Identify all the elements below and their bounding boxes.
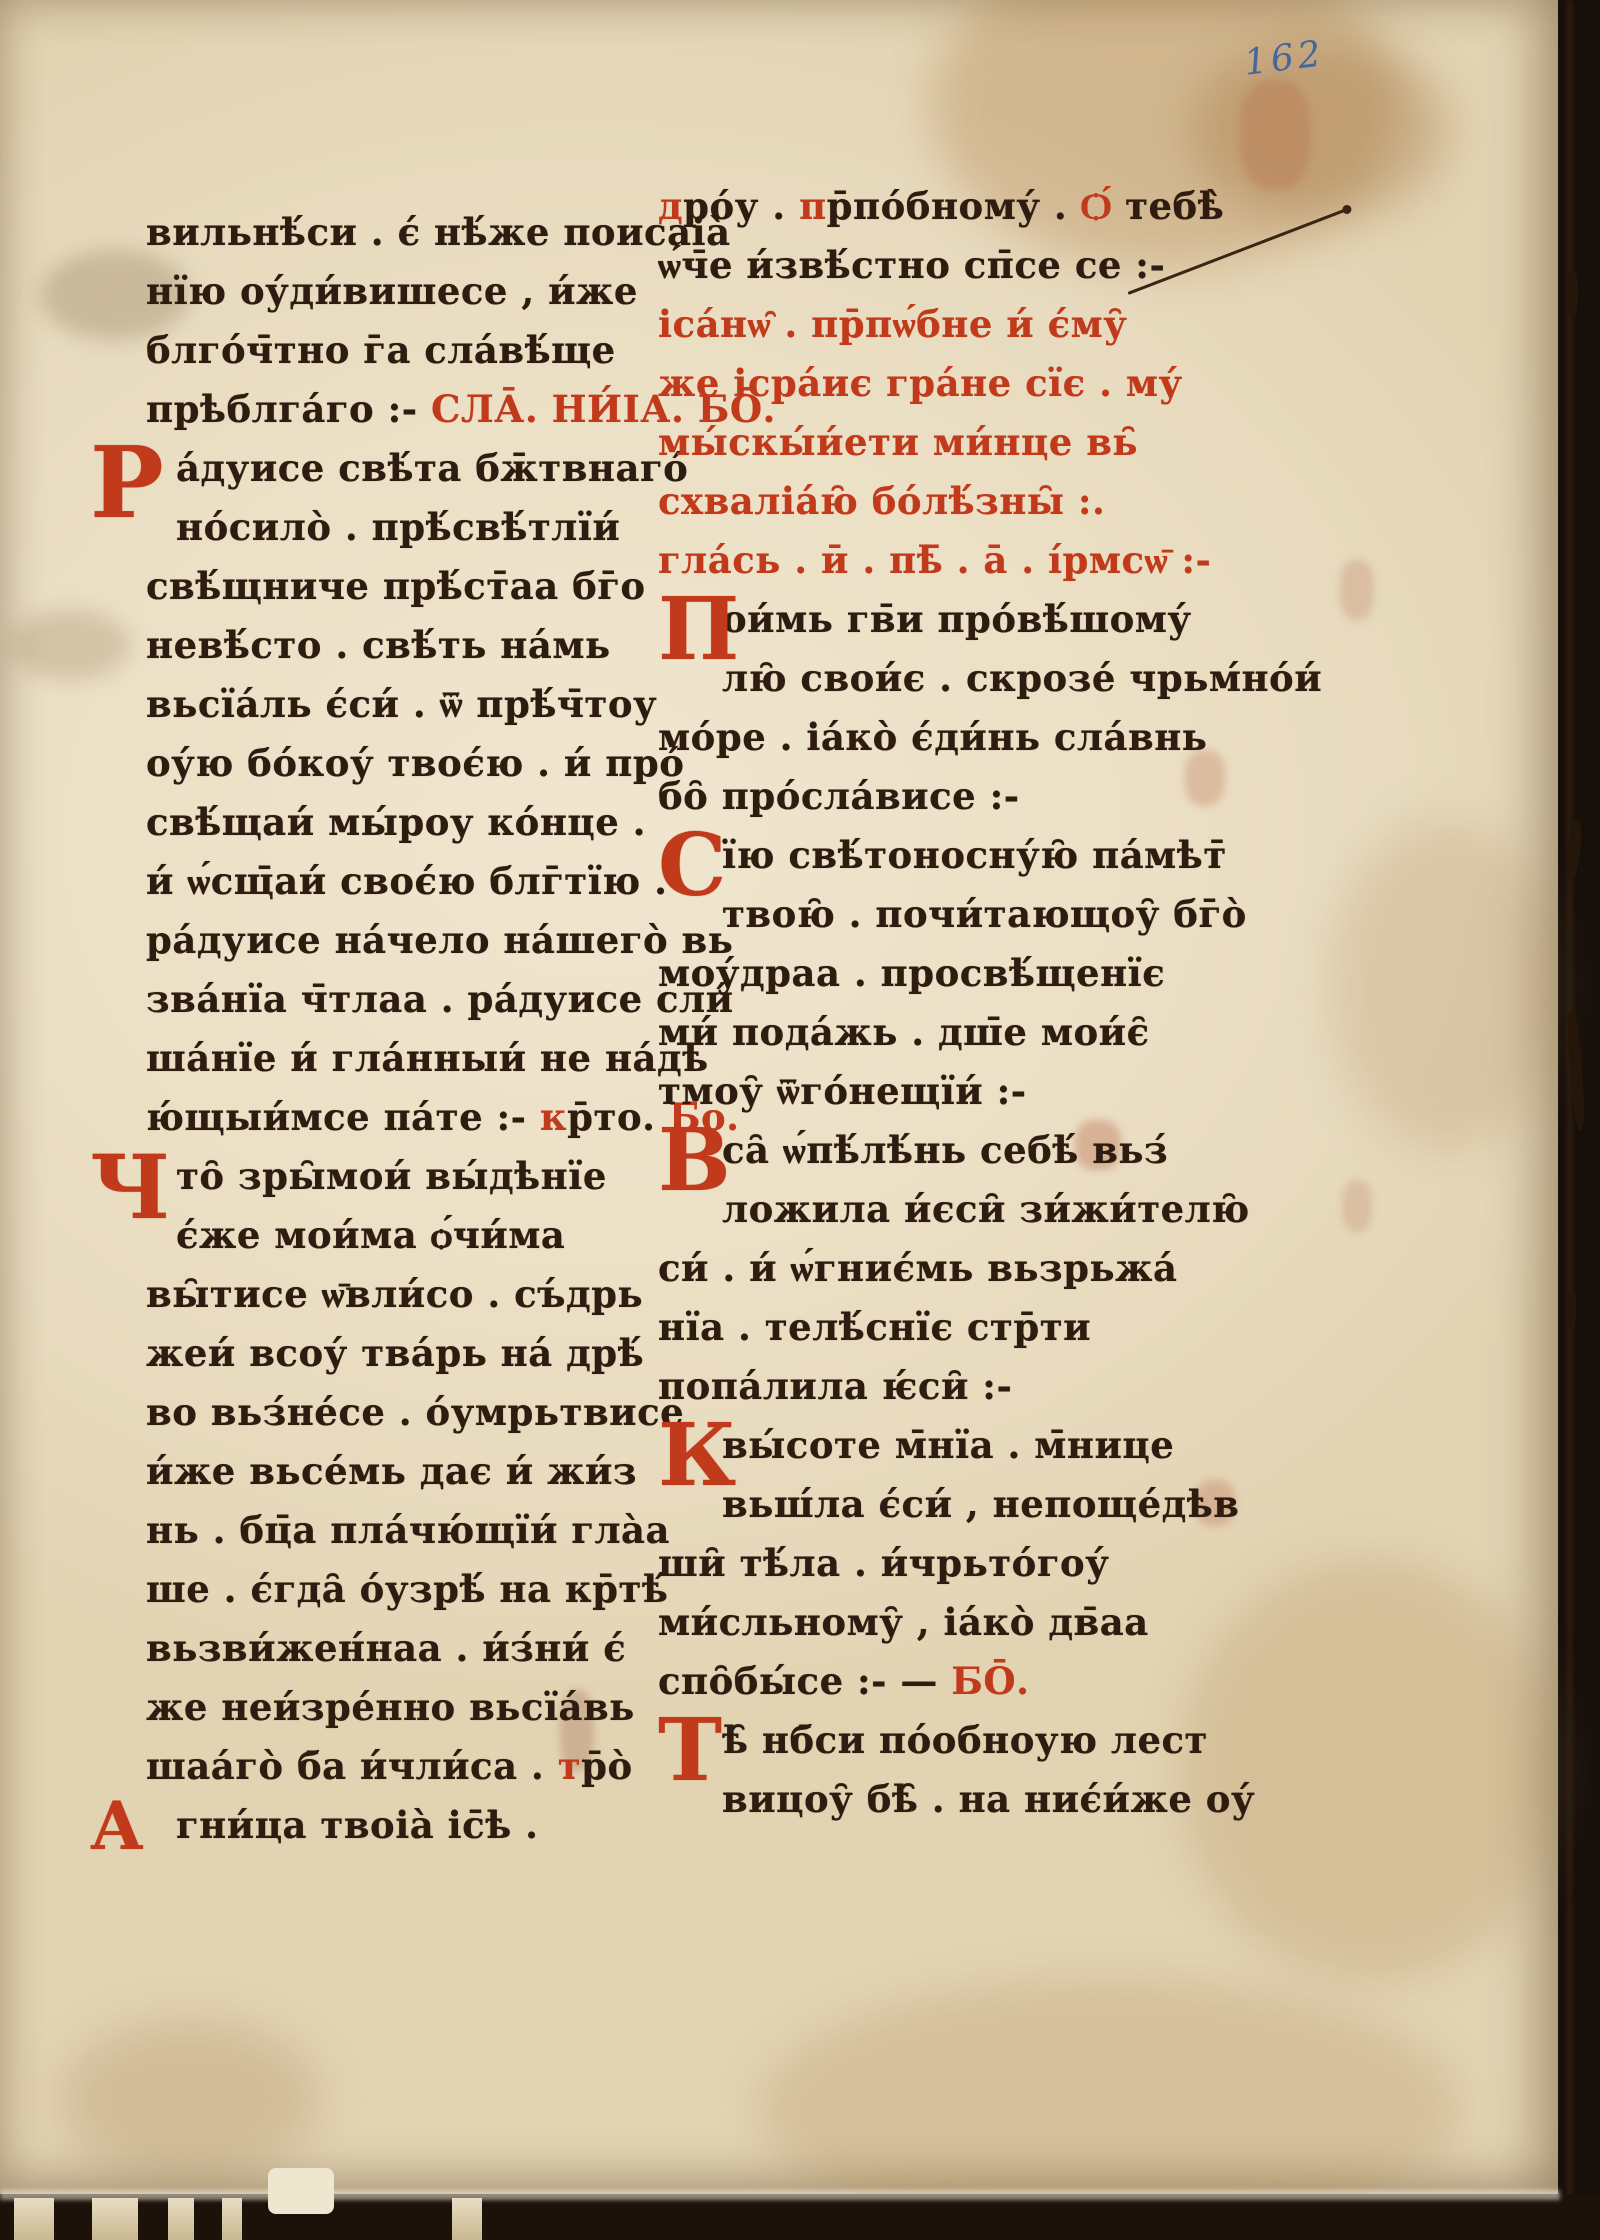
ink-text: ѣ̑ нб̄си по́обноую лест — [722, 1718, 1208, 1762]
ink-text: са̑ ѡ́пѣ́лѣ́нь себѣ́ вьз́ — [722, 1128, 1168, 1172]
ink-text: лю̑ свои́є . скрозе́ чрьм́но́и́ — [722, 656, 1322, 700]
text-line: вильнѣ́си . є́ нѣ́же поисаіа̀ — [146, 210, 731, 269]
ink-text: блго́ч̄тно г̄а сла́вѣ́ще — [146, 328, 616, 372]
text-line: си́ . и́ ѡ́гниє́мь вьзрьжа́ — [658, 1246, 1177, 1305]
ink-text: є́же мои́ма ѻ́чи́ма — [176, 1213, 565, 1257]
text-line: лю̑ свои́є . скрозе́ чрьм́но́и́ — [658, 656, 1322, 715]
ink-text: ми́ пода́жь . дш̄е мои́є̑ — [658, 1010, 1150, 1054]
leaf-edge — [268, 2168, 334, 2214]
binding-seam — [1567, 0, 1572, 2240]
stain — [60, 2020, 320, 2180]
folio-number: 162 — [1242, 33, 1327, 84]
text-line: ѡ́ч̄е и́звѣ́стно сп̄се се :- — [658, 243, 1165, 302]
stain — [1180, 1560, 1560, 1980]
rubric-text: д — [658, 184, 683, 228]
ink-text: зва́нїа ч̄тлаа . ра́дуисе сли́ — [146, 977, 734, 1021]
ink-text: твою̑ . почи́тающоу̑ бг̄о̀ — [722, 892, 1247, 936]
text-line: Сїю свѣ́тоносну́ю̑ па́мѣт̄ — [658, 833, 1227, 892]
text-line: моу́драа . просвѣ́щенїє — [658, 951, 1165, 1010]
leaf-edge — [168, 2198, 194, 2240]
ink-text: р̄о̀ — [581, 1744, 633, 1788]
text-line: свѣ́щаи́ мы́роу ко́нце . — [146, 800, 646, 859]
text-line: ра́дуисе на́чело на́шего̀ вь — [146, 918, 733, 977]
ink-text: ми́сльному̑ , іа́ко̀ дв̄аа — [658, 1600, 1149, 1644]
ink-text: бо̑ про́сла́висе :- — [658, 774, 1020, 818]
text-line: ми́сльному̑ , іа́ко̀ дв̄аа — [658, 1600, 1149, 1659]
ink-text: нїю оу́ди́вишесе , и́же — [146, 269, 638, 313]
text-line: є́же мои́ма ѻ́чи́ма — [146, 1213, 565, 1272]
text-line: Пои́мь гв̄и про́вѣ́шому́ — [658, 597, 1192, 656]
text-line: и́ ѡ́сщ̄аи́ своє́ю блг̄тїю . — [146, 859, 667, 918]
text-line: Агни́ца твоіа̀ іс̄ѣ . — [146, 1803, 538, 1862]
ink-text: тмоу̑ ѿго́нещїи́ :- — [658, 1069, 1027, 1113]
ink-text: ра́дуисе на́чело на́шего̀ вь — [146, 918, 733, 962]
ink-text: невѣ́сто . свѣ́ть на́мь — [146, 623, 611, 667]
ink-text: спо̑бы́се :- — — [658, 1659, 951, 1703]
ink-text: нїа . телѣ́снїє стр̄ти — [658, 1305, 1091, 1349]
ink-text: ложила и́єси̑ зи́жи́телю̑ — [722, 1187, 1250, 1231]
text-line: и́же вьсе́мь дає и́ жи́з — [146, 1449, 637, 1508]
text-line: ю́щыи́мсе па́те :- кр̄то. Б̄о. — [146, 1095, 740, 1154]
ink-showthrough — [1240, 80, 1310, 190]
text-line: ше . є́гда̑ о́узрѣ́ на кр̄тѣ́ — [146, 1567, 668, 1626]
text-line: Что̑ зры̑мои́ вы́дѣнїе — [146, 1154, 607, 1213]
text-line: твою̑ . почи́тающоу̑ бг̄о̀ — [658, 892, 1247, 951]
text-line: іса́нѡ̑ . пр̄пѡ́бне и́ є́му̑ — [658, 302, 1127, 361]
rubric-text: мы́скы́и́ети ми́нце вь̑ — [658, 420, 1138, 464]
leaf-edge — [92, 2198, 138, 2240]
ink-text: р̄по́бному́ . — [827, 184, 1081, 228]
ink-text: шаа́го̀ б̄а и́чли́са . — [146, 1744, 544, 1788]
text-line: вицоу̑ бѣ̑ . на ниє́и́же оу́ — [658, 1777, 1255, 1836]
ink-text: р̄то. — [567, 1095, 669, 1139]
text-line: свѣ́щниче прѣ́ст̄аа бг̄о — [146, 564, 646, 623]
ink-text: во вьз́не́се . о́умрьтвисе — [146, 1390, 684, 1434]
leaf-edge — [222, 2198, 242, 2240]
ink-text: тебѣ̀ — [1125, 184, 1224, 228]
ink-text: ша́нїе и́ гла́нныи́ не на́дѣ — [146, 1036, 709, 1080]
leaf-edge — [452, 2198, 482, 2240]
text-line: Ра́дуисе свѣ́та бж̄твнаго́ — [146, 446, 688, 505]
rubric-text: же ісра́иє гра́не сїє . му́ — [658, 361, 1183, 405]
ink-text: ю́щыи́мсе па́те :- — [146, 1095, 540, 1139]
edge-fleck — [1568, 270, 1578, 316]
text-line: оу́ю бо́коу́ твоє́ю . и́ про́ — [146, 741, 684, 800]
ink-text: нь . бц̄а пла́чю́щїи́ гла̀а — [146, 1508, 670, 1552]
text-line: схваліа́ю̑ бо́лѣ́зны̑ :. — [658, 479, 1105, 538]
text-line: Вса̑ ѡ́пѣ́лѣ́нь себѣ́ вьз́ — [658, 1128, 1168, 1187]
rubric-text: іса́нѡ̑ . пр̄пѡ́бне и́ є́му̑ — [658, 302, 1127, 346]
text-line: жеи́ всоу́ тва́рь на́ дрѣ́ — [146, 1331, 644, 1390]
ink-text: вьш́ла є́си́ , непоще́дѣв — [722, 1482, 1240, 1526]
ink-text: ши̑ тѣ́ла . и́чрьто́гоу́ — [658, 1541, 1109, 1585]
ink-showthrough — [1342, 1180, 1372, 1232]
ink-text: моу́драа . просвѣ́щенїє — [658, 951, 1165, 995]
ink-text: вы́соте м̄нїа . м̄нице — [722, 1423, 1174, 1467]
text-line: ми́ пода́жь . дш̄е мои́є̑ — [658, 1010, 1150, 1069]
ink-text: свѣ́щаи́ мы́роу ко́нце . — [146, 800, 646, 844]
text-line: во вьз́не́се . о́умрьтвисе — [146, 1390, 684, 1449]
rubric-text: гла́сь . ӣ . пѣ̄ . а̄ . і́рмсѡ̄ :- — [658, 538, 1211, 582]
text-line: ши̑ тѣ́ла . и́чрьто́гоу́ — [658, 1541, 1109, 1600]
text-line: Квы́соте м̄нїа . м̄нице — [658, 1423, 1174, 1482]
text-line: шаа́го̀ б̄а и́чли́са . тр̄о̀ — [146, 1744, 633, 1803]
ink-showthrough — [1340, 560, 1374, 620]
text-line: нїю оу́ди́вишесе , и́же — [146, 269, 638, 328]
rubric-text: т — [544, 1744, 581, 1788]
ink-text: но́сило̀ . прѣ́свѣ́тлїи́ — [176, 505, 620, 549]
text-line: Тѣ̑ нб̄си по́обноую лест — [658, 1718, 1208, 1777]
rubric-text: п — [799, 184, 827, 228]
text-line: ложила и́єси̑ зи́жи́телю̑ — [658, 1187, 1250, 1246]
ink-text: си́ . и́ ѡ́гниє́мь вьзрьжа́ — [658, 1246, 1177, 1290]
ink-text: оу́ю бо́коу́ твоє́ю . и́ про́ — [146, 741, 684, 785]
text-line: же ісра́иє гра́не сїє . му́ — [658, 361, 1183, 420]
text-line: гла́сь . ӣ . пѣ̄ . а̄ . і́рмсѡ̄ :- — [658, 538, 1211, 597]
text-line: вы̑тисе ѡ̄вли́со . съ́дрь — [146, 1272, 643, 1331]
ink-text: и́ ѡ́сщ̄аи́ своє́ю блг̄тїю . — [146, 859, 667, 903]
text-line: ша́нїе и́ гла́нныи́ не на́дѣ — [146, 1036, 709, 1095]
ink-text: ше . є́гда̑ о́узрѣ́ на кр̄тѣ́ — [146, 1567, 668, 1611]
text-line: зва́нїа ч̄тлаа . ра́дуисе сли́ — [146, 977, 734, 1036]
rubric-text: Ѻ́ — [1081, 184, 1125, 228]
parchment-page: 162 вильнѣ́си . є́ нѣ́же поисаіа̀нїю оу́… — [0, 0, 1558, 2198]
text-line: но́сило̀ . прѣ́свѣ́тлїи́ — [146, 505, 620, 564]
ink-text: вьсїа́ль є́си́ . ѿ прѣ́ч̄тоу — [146, 682, 657, 726]
text-line: блго́ч̄тно г̄а сла́вѣ́ще — [146, 328, 616, 387]
ink-text: мо́ре . іа́ко̀ є́ди́нь сла́внь — [658, 715, 1207, 759]
text-column-right: дро́у . пр̄по́бному́ . Ѻ́ тебѣ̀ѡ́ч̄е и́з… — [658, 184, 1233, 1864]
rubric-text: схваліа́ю̑ бо́лѣ́зны̑ :. — [658, 479, 1105, 523]
ink-text: попа́лила ѥ́си̑ :- — [658, 1364, 1012, 1408]
ink-text: то̑ зры̑мои́ вы́дѣнїе — [176, 1154, 607, 1198]
stain — [10, 610, 130, 680]
text-line: дро́у . пр̄по́бному́ . Ѻ́ тебѣ̀ — [658, 184, 1224, 243]
ink-text: жеи́ всоу́ тва́рь на́ дрѣ́ — [146, 1331, 644, 1375]
text-line: мо́ре . іа́ко̀ є́ди́нь сла́внь — [658, 715, 1207, 774]
text-line: мы́скы́и́ети ми́нце вь̑ — [658, 420, 1138, 479]
edge-fleck — [1568, 1290, 1576, 1330]
text-column-left: вильнѣ́си . є́ нѣ́же поисаіа̀нїю оу́ди́в… — [146, 210, 661, 1890]
manuscript-photo: 162 вильнѣ́си . є́ нѣ́же поисаіа̀нїю оу́… — [0, 0, 1600, 2240]
text-line: вьсїа́ль є́си́ . ѿ прѣ́ч̄тоу — [146, 682, 657, 741]
ink-text: вы̑тисе ѡ̄вли́со . съ́дрь — [146, 1272, 643, 1316]
ink-text: гни́ца твоіа̀ іс̄ѣ . — [176, 1803, 538, 1847]
ink-text: свѣ́щниче прѣ́ст̄аа бг̄о — [146, 564, 646, 608]
ink-text: вицоу̑ бѣ̑ . на ниє́и́же оу́ — [722, 1777, 1255, 1821]
text-line: вьш́ла є́си́ , непоще́дѣв — [658, 1482, 1240, 1541]
ink-text: прѣблга́го :- — [146, 387, 431, 431]
text-line: же неи́зре́нно вьсїа́вь — [146, 1685, 635, 1744]
ink-text: и́же вьсе́мь дає и́ жи́з — [146, 1449, 637, 1493]
text-line: невѣ́сто . свѣ́ть на́мь — [146, 623, 611, 682]
ink-text: вильнѣ́си . є́ нѣ́же поисаіа̀ — [146, 210, 731, 254]
ink-text: ро́у . — [683, 184, 799, 228]
ink-text: же неи́зре́нно вьсїа́вь — [146, 1685, 635, 1729]
text-line: нїа . телѣ́снїє стр̄ти — [658, 1305, 1091, 1364]
rubric-text: к — [540, 1095, 567, 1139]
text-line: нь . бц̄а пла́чю́щїи́ гла̀а — [146, 1508, 670, 1567]
drop-cap-initial: А — [90, 1797, 144, 1856]
ink-text: а́дуисе свѣ́та бж̄твнаго́ — [176, 446, 688, 490]
rubric-text: БО̄. — [951, 1659, 1029, 1703]
text-line: вьзви́жен́наа . и́з́ни́ є́ — [146, 1626, 626, 1685]
ink-text: вьзви́жен́наа . и́з́ни́ є́ — [146, 1626, 626, 1670]
leaf-edge — [14, 2198, 54, 2240]
ink-text: ои́мь гв̄и про́вѣ́шому́ — [722, 597, 1192, 641]
stain — [1330, 820, 1560, 1150]
ink-text: ѡ́ч̄е и́звѣ́стно сп̄се се :- — [658, 243, 1165, 287]
ink-text: їю свѣ́тоносну́ю̑ па́мѣт̄ — [722, 833, 1227, 877]
